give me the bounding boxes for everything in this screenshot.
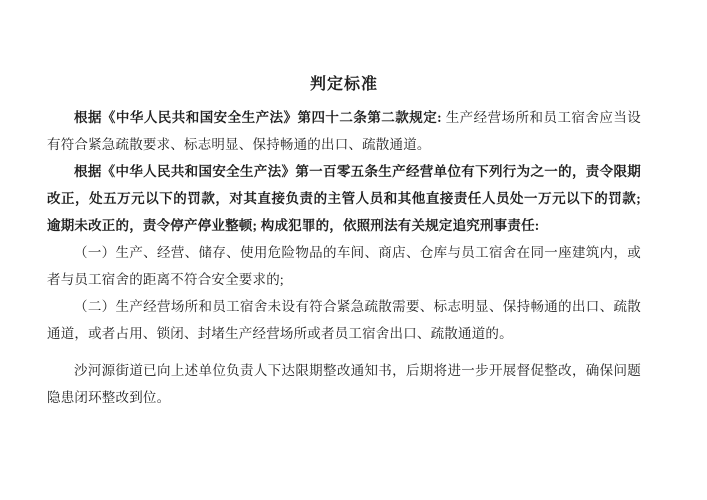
- document-title: 判定标准: [47, 74, 641, 96]
- legal-citation-article-42: 根据《中华人民共和国安全生产法》第四十二条第二款规定:: [74, 110, 446, 125]
- paragraph-legal-basis-article-105: 根据《中华人民共和国安全生产法》第一百零五条生产经营单位有下列行为之一的，责令限…: [47, 158, 641, 239]
- document-page: 判定标准 根据《中华人民共和国安全生产法》第四十二条第二款规定: 生产经营场所和…: [0, 0, 707, 500]
- list-item-2: （二）生产经营场所和员工宿舍未设有符合紧急疏散需要、标志明显、保持畅通的出口、疏…: [47, 293, 641, 347]
- paragraph-legal-basis-article-42: 根据《中华人民共和国安全生产法》第四十二条第二款规定: 生产经营场所和员工宿舍应…: [47, 104, 641, 158]
- document-content: 判定标准 根据《中华人民共和国安全生产法》第四十二条第二款规定: 生产经营场所和…: [47, 74, 641, 411]
- paragraph-closing-statement: 沙河源街道已向上述单位负责人下达限期整改通知书，后期将进一步开展督促整改，确保问…: [47, 357, 641, 411]
- list-item-1: （一）生产、经营、储存、使用危险物品的车间、商店、仓库与员工宿舍在同一座建筑内，…: [47, 239, 641, 293]
